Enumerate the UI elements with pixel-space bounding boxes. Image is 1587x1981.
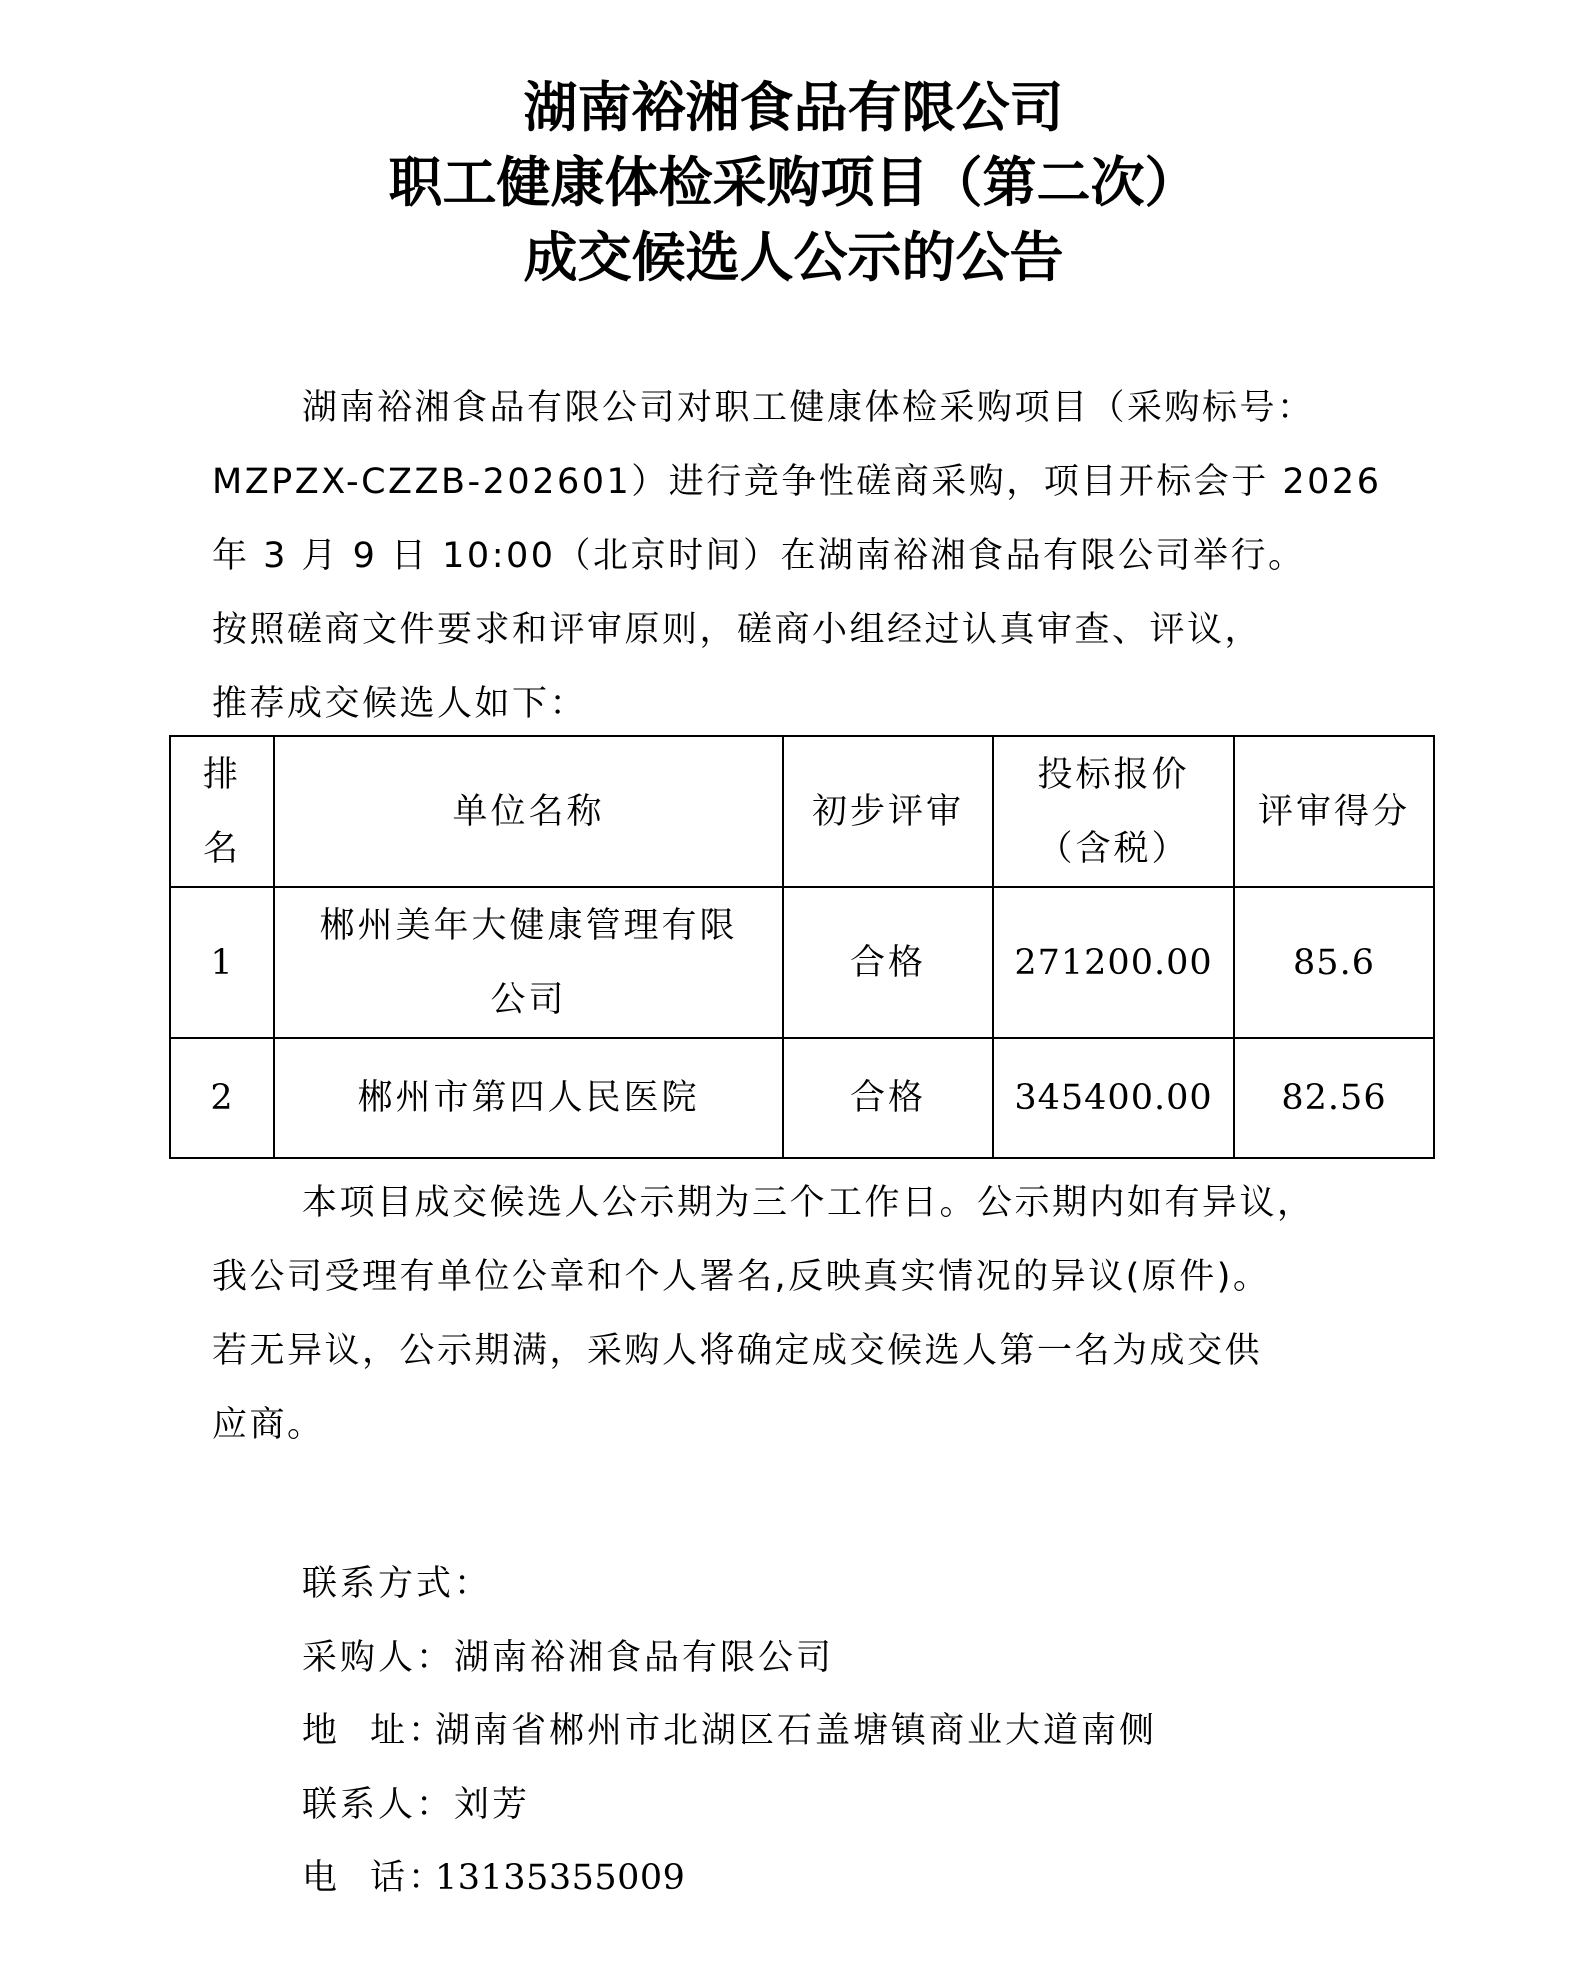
contact-phone: 电话：13135355009 <box>302 1842 1157 1916</box>
phone-label: 电话： <box>302 1842 435 1916</box>
title-line-announcement: 成交候选人公示的公告 <box>0 220 1587 295</box>
person-value: 刘芳 <box>454 1785 530 1825</box>
purchaser-value: 湖南裕湘食品有限公司 <box>454 1638 834 1678</box>
candidates-table: 排 名 单位名称 初步评审 投标报价 （含税） 评审得分 1 郴州美年大健康管理… <box>169 735 1435 1159</box>
header-rank: 排 名 <box>170 736 274 887</box>
score-cell: 82.56 <box>1234 1038 1434 1158</box>
notice-line: 若无异议，公示期满，采购人将确定成交候选人第一名为成交供 <box>212 1314 1412 1388</box>
header-bid-price: 投标报价 （含税） <box>993 736 1234 887</box>
title-line-project: 职工健康体检采购项目（第二次） <box>0 145 1587 220</box>
address-value: 湖南省郴州市北湖区石盖塘镇商业大道南侧 <box>435 1711 1157 1751</box>
score-cell: 85.6 <box>1234 887 1434 1038</box>
contact-person: 联系人：刘芳 <box>302 1769 1157 1843</box>
intro-line: 推荐成交候选人如下： <box>212 667 1412 741</box>
header-preliminary-review: 初步评审 <box>783 736 993 887</box>
contact-heading: 联系方式： <box>302 1548 1157 1622</box>
rank-cell: 1 <box>170 887 274 1038</box>
contact-address: 地址：湖南省郴州市北湖区石盖塘镇商业大道南侧 <box>302 1695 1157 1769</box>
person-label: 联系人： <box>302 1769 454 1843</box>
header-company: 单位名称 <box>274 736 783 887</box>
rank-cell: 2 <box>170 1038 274 1158</box>
contact-block: 联系方式： 采购人：湖南裕湘食品有限公司 地址：湖南省郴州市北湖区石盖塘镇商业大… <box>302 1548 1157 1916</box>
intro-line: 湖南裕湘食品有限公司对职工健康体检采购项目（采购标号： <box>212 371 1412 445</box>
bid-price-cell: 271200.00 <box>993 887 1234 1038</box>
title-line-company: 湖南裕湘食品有限公司 <box>0 70 1587 145</box>
intro-paragraph: 湖南裕湘食品有限公司对职工健康体检采购项目（采购标号： MZPZX-CZZB-2… <box>212 371 1412 741</box>
notice-line: 应商。 <box>212 1388 1412 1462</box>
intro-line: 按照磋商文件要求和评审原则，磋商小组经过认真审查、评议， <box>212 593 1412 667</box>
contact-purchaser: 采购人：湖南裕湘食品有限公司 <box>302 1622 1157 1696</box>
intro-line: MZPZX-CZZB-202601）进行竞争性磋商采购，项目开标会于 2026 <box>212 445 1412 519</box>
document-title: 湖南裕湘食品有限公司 职工健康体检采购项目（第二次） 成交候选人公示的公告 <box>0 70 1587 295</box>
preliminary-review-cell: 合格 <box>783 1038 993 1158</box>
preliminary-review-cell: 合格 <box>783 887 993 1038</box>
bid-price-cell: 345400.00 <box>993 1038 1234 1158</box>
intro-line: 年 3 月 9 日 10:00（北京时间）在湖南裕湘食品有限公司举行。 <box>212 519 1412 593</box>
address-label: 地址： <box>302 1695 435 1769</box>
purchaser-label: 采购人： <box>302 1622 454 1696</box>
notice-line: 本项目成交候选人公示期为三个工作日。公示期内如有异议， <box>212 1166 1412 1240</box>
table-row: 1 郴州美年大健康管理有限 公司 合格 271200.00 85.6 <box>170 887 1434 1038</box>
phone-value: 13135355009 <box>435 1858 685 1898</box>
company-cell: 郴州市第四人民医院 <box>274 1038 783 1158</box>
company-cell: 郴州美年大健康管理有限 公司 <box>274 887 783 1038</box>
table-header-row: 排 名 单位名称 初步评审 投标报价 （含税） 评审得分 <box>170 736 1434 887</box>
table-row: 2 郴州市第四人民医院 合格 345400.00 82.56 <box>170 1038 1434 1158</box>
notice-line: 我公司受理有单位公章和个人署名,反映真实情况的异议(原件)。 <box>212 1240 1412 1314</box>
header-score: 评审得分 <box>1234 736 1434 887</box>
notice-paragraph: 本项目成交候选人公示期为三个工作日。公示期内如有异议， 我公司受理有单位公章和个… <box>212 1166 1412 1462</box>
